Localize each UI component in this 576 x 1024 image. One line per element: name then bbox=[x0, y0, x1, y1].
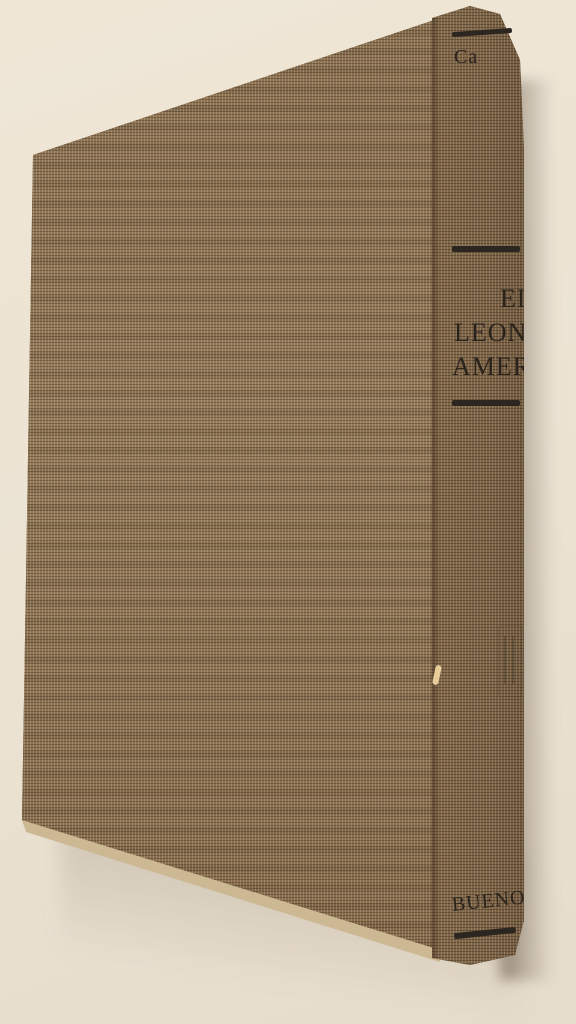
spine-hinge-groove bbox=[432, 18, 440, 958]
spine-author: Ca bbox=[454, 46, 522, 69]
spine-title-line-1: EL bbox=[500, 284, 524, 314]
spine-title-line-2: LEON bbox=[454, 318, 524, 348]
spine-title-line-3: AMER bbox=[452, 352, 524, 382]
spine-title-band-top bbox=[452, 246, 520, 252]
photo-scene: Ca EL LEON AMER BUENOS bbox=[0, 0, 576, 1024]
publisher-emblem-icon bbox=[498, 625, 522, 697]
spine-title-band-bottom bbox=[452, 400, 520, 406]
